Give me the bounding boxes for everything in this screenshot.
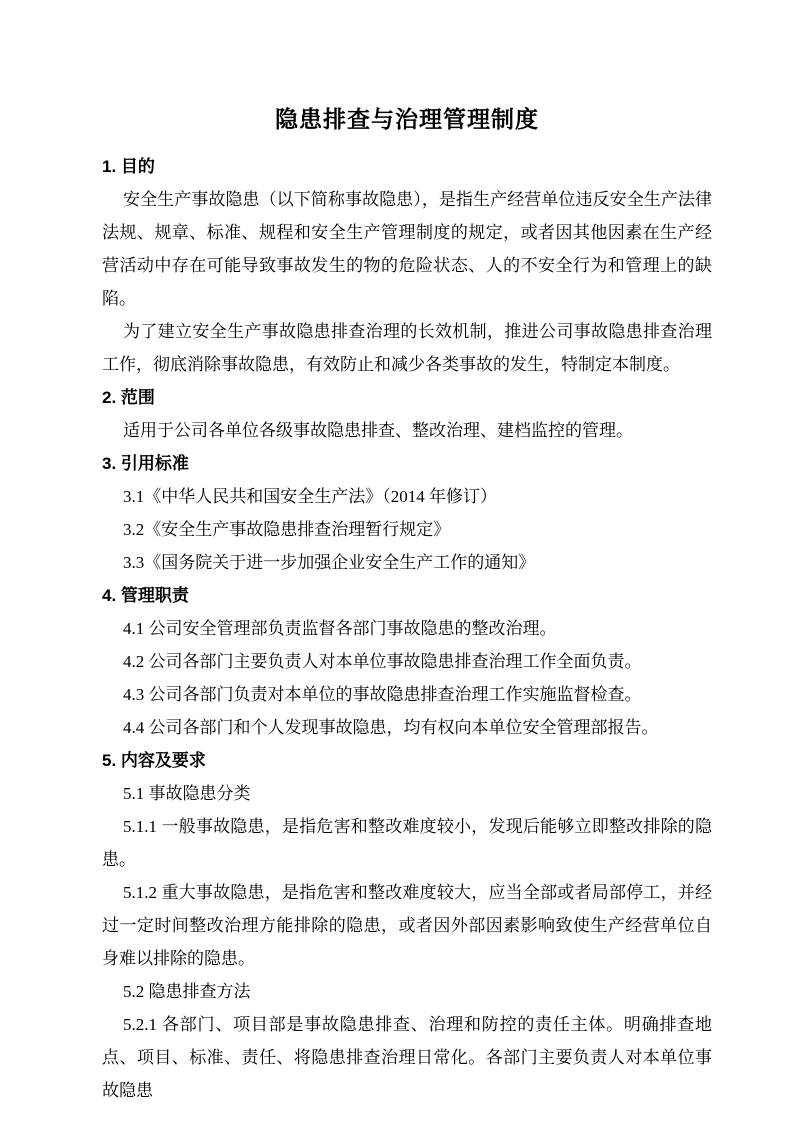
paragraph: 4.4 公司各部门和个人发现事故隐患，均有权向本单位安全管理部报告。 bbox=[102, 711, 712, 744]
paragraph: 3.1《中华人民共和国安全生产法》（2014 年修订） bbox=[102, 480, 712, 513]
section-heading-reference-standards: 3. 引用标准 bbox=[102, 447, 712, 480]
section-management-duties: 4. 管理职责 4.1 公司安全管理部负责监督各部门事故隐患的整改治理。 4.2… bbox=[102, 579, 712, 744]
paragraph: 5.2 隐患排查方法 bbox=[102, 975, 712, 1008]
section-heading-scope: 2. 范围 bbox=[102, 381, 712, 414]
document-title: 隐患排查与治理管理制度 bbox=[102, 104, 712, 136]
paragraph: 安全生产事故隐患（以下简称事故隐患），是指生产经营单位违反安全生产法律法规、规章… bbox=[102, 183, 712, 315]
paragraph: 4.1 公司安全管理部负责监督各部门事故隐患的整改治理。 bbox=[102, 612, 712, 645]
paragraph: 3.2《安全生产事故隐患排查治理暂行规定》 bbox=[102, 513, 712, 546]
section-reference-standards: 3. 引用标准 3.1《中华人民共和国安全生产法》（2014 年修订） 3.2《… bbox=[102, 447, 712, 579]
section-heading-purpose: 1. 目的 bbox=[102, 150, 712, 183]
paragraph: 5.1.2 重大事故隐患，是指危害和整改难度较大，应当全部或者局部停工，并经过一… bbox=[102, 876, 712, 975]
paragraph: 5.1 事故隐患分类 bbox=[102, 777, 712, 810]
section-content-requirements: 5. 内容及要求 5.1 事故隐患分类 5.1.1 一般事故隐患，是指危害和整改… bbox=[102, 744, 712, 1107]
paragraph: 适用于公司各单位各级事故隐患排查、整改治理、建档监控的管理。 bbox=[102, 414, 712, 447]
paragraph: 4.2 公司各部门主要负责人对本单位事故隐患排查治理工作全面负责。 bbox=[102, 645, 712, 678]
section-scope: 2. 范围 适用于公司各单位各级事故隐患排查、整改治理、建档监控的管理。 bbox=[102, 381, 712, 447]
section-purpose: 1. 目的 安全生产事故隐患（以下简称事故隐患），是指生产经营单位违反安全生产法… bbox=[102, 150, 712, 381]
section-heading-management-duties: 4. 管理职责 bbox=[102, 579, 712, 612]
paragraph: 5.1.1 一般事故隐患，是指危害和整改难度较小，发现后能够立即整改排除的隐患。 bbox=[102, 810, 712, 876]
paragraph: 4.3 公司各部门负责对本单位的事故隐患排查治理工作实施监督检查。 bbox=[102, 678, 712, 711]
paragraph: 5.2.1 各部门、项目部是事故隐患排查、治理和防控的责任主体。明确排查地点、项… bbox=[102, 1008, 712, 1107]
paragraph: 为了建立安全生产事故隐患排查治理的长效机制，推进公司事故隐患排查治理工作，彻底消… bbox=[102, 315, 712, 381]
paragraph: 3.3《国务院关于进一步加强企业安全生产工作的通知》 bbox=[102, 546, 712, 579]
section-heading-content-requirements: 5. 内容及要求 bbox=[102, 744, 712, 777]
document-page: 隐患排查与治理管理制度 1. 目的 安全生产事故隐患（以下简称事故隐患），是指生… bbox=[0, 0, 793, 1122]
